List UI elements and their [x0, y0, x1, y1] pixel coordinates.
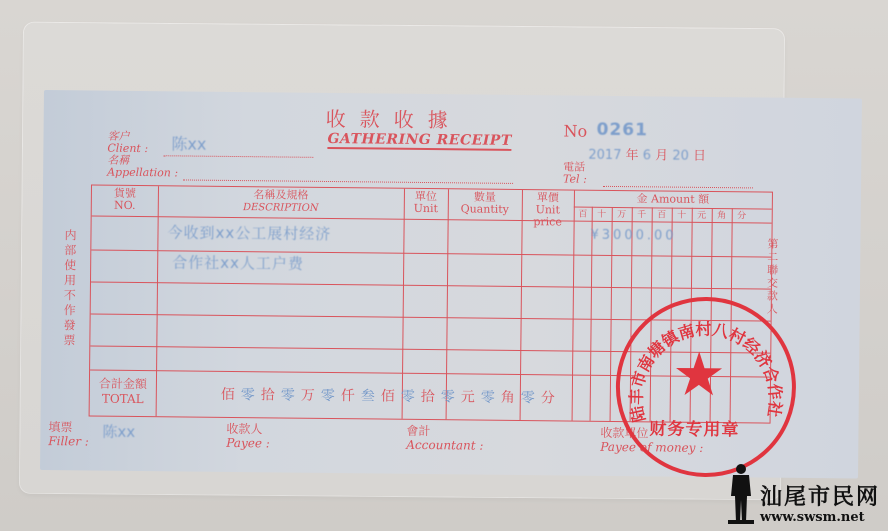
watermark-url: www.swsm.net: [760, 510, 865, 525]
date-day-unit: 日: [693, 149, 706, 164]
date-month: 6: [643, 148, 651, 163]
payee-label: 收款人Payee :: [226, 422, 270, 450]
client-value: 陈xx: [171, 131, 206, 154]
col-unit-price: 單價Unit price: [522, 192, 574, 229]
total-label: 合計金額TOTAL: [99, 377, 147, 408]
star-icon: ★: [672, 345, 726, 406]
row-1-amount: ¥3000.00: [590, 228, 676, 244]
receipt: 收款收據 GATHERING RECEIPT No 0261 2017 年 6 …: [40, 90, 862, 479]
row-2-description: 合作社xx人工户费: [172, 251, 304, 273]
tel-line: [603, 186, 753, 189]
accountant-label: 會計Accountant :: [406, 424, 483, 453]
total-in-words: 佰零 拾零 万零 仟叁 佰零 拾零 元零 角零 分: [221, 384, 555, 407]
watermark-logo: 汕尾市民网 www.swsm.net: [726, 462, 886, 528]
title-en: GATHERING RECEIPT: [327, 131, 511, 151]
official-stamp: 陆丰市南塘镇南村八村经济合作社 ★ 财务专用章: [615, 296, 797, 478]
col-description: 名稱及規格DESCRIPTION: [158, 188, 404, 216]
col-amount: 金 Amount 額: [574, 193, 772, 207]
person-silhouette-icon: [726, 462, 756, 524]
stamp-bottom-text: 财务专用章: [649, 414, 739, 440]
tel-label-en: Tel :: [563, 173, 587, 185]
filler-value: 陈xx: [102, 425, 135, 439]
number-label: No: [564, 121, 588, 140]
date-month-unit: 月: [655, 148, 668, 163]
date-year-unit: 年: [626, 148, 639, 163]
watermark-name: 汕尾市民网: [760, 480, 880, 511]
amount-digit-headers: 百 十 万 千 百 十 元 角 分: [574, 209, 752, 223]
col-quantity: 數量Quantity: [448, 191, 522, 216]
date-day: 20: [672, 149, 689, 164]
appellation-label-en: Appellation :: [107, 167, 178, 180]
appellation-line: [183, 179, 513, 183]
tel-label: 電話 Tel :: [563, 161, 587, 185]
col-unit: 單位Unit: [404, 191, 448, 215]
receipt-number: 0261: [597, 120, 649, 141]
row-1-description: 今收到xx公工展村经济: [167, 221, 331, 244]
col-no: 貨號NO.: [92, 188, 158, 213]
date: 2017 年 6 月 20 日: [588, 144, 706, 164]
filler-label: 填票Filler :: [48, 420, 89, 448]
client-line: [163, 155, 313, 158]
date-year: 2017: [588, 148, 621, 163]
title-cn: 收款收據: [326, 103, 462, 133]
side-note-internal: 内部使用 不作發票: [63, 228, 78, 348]
